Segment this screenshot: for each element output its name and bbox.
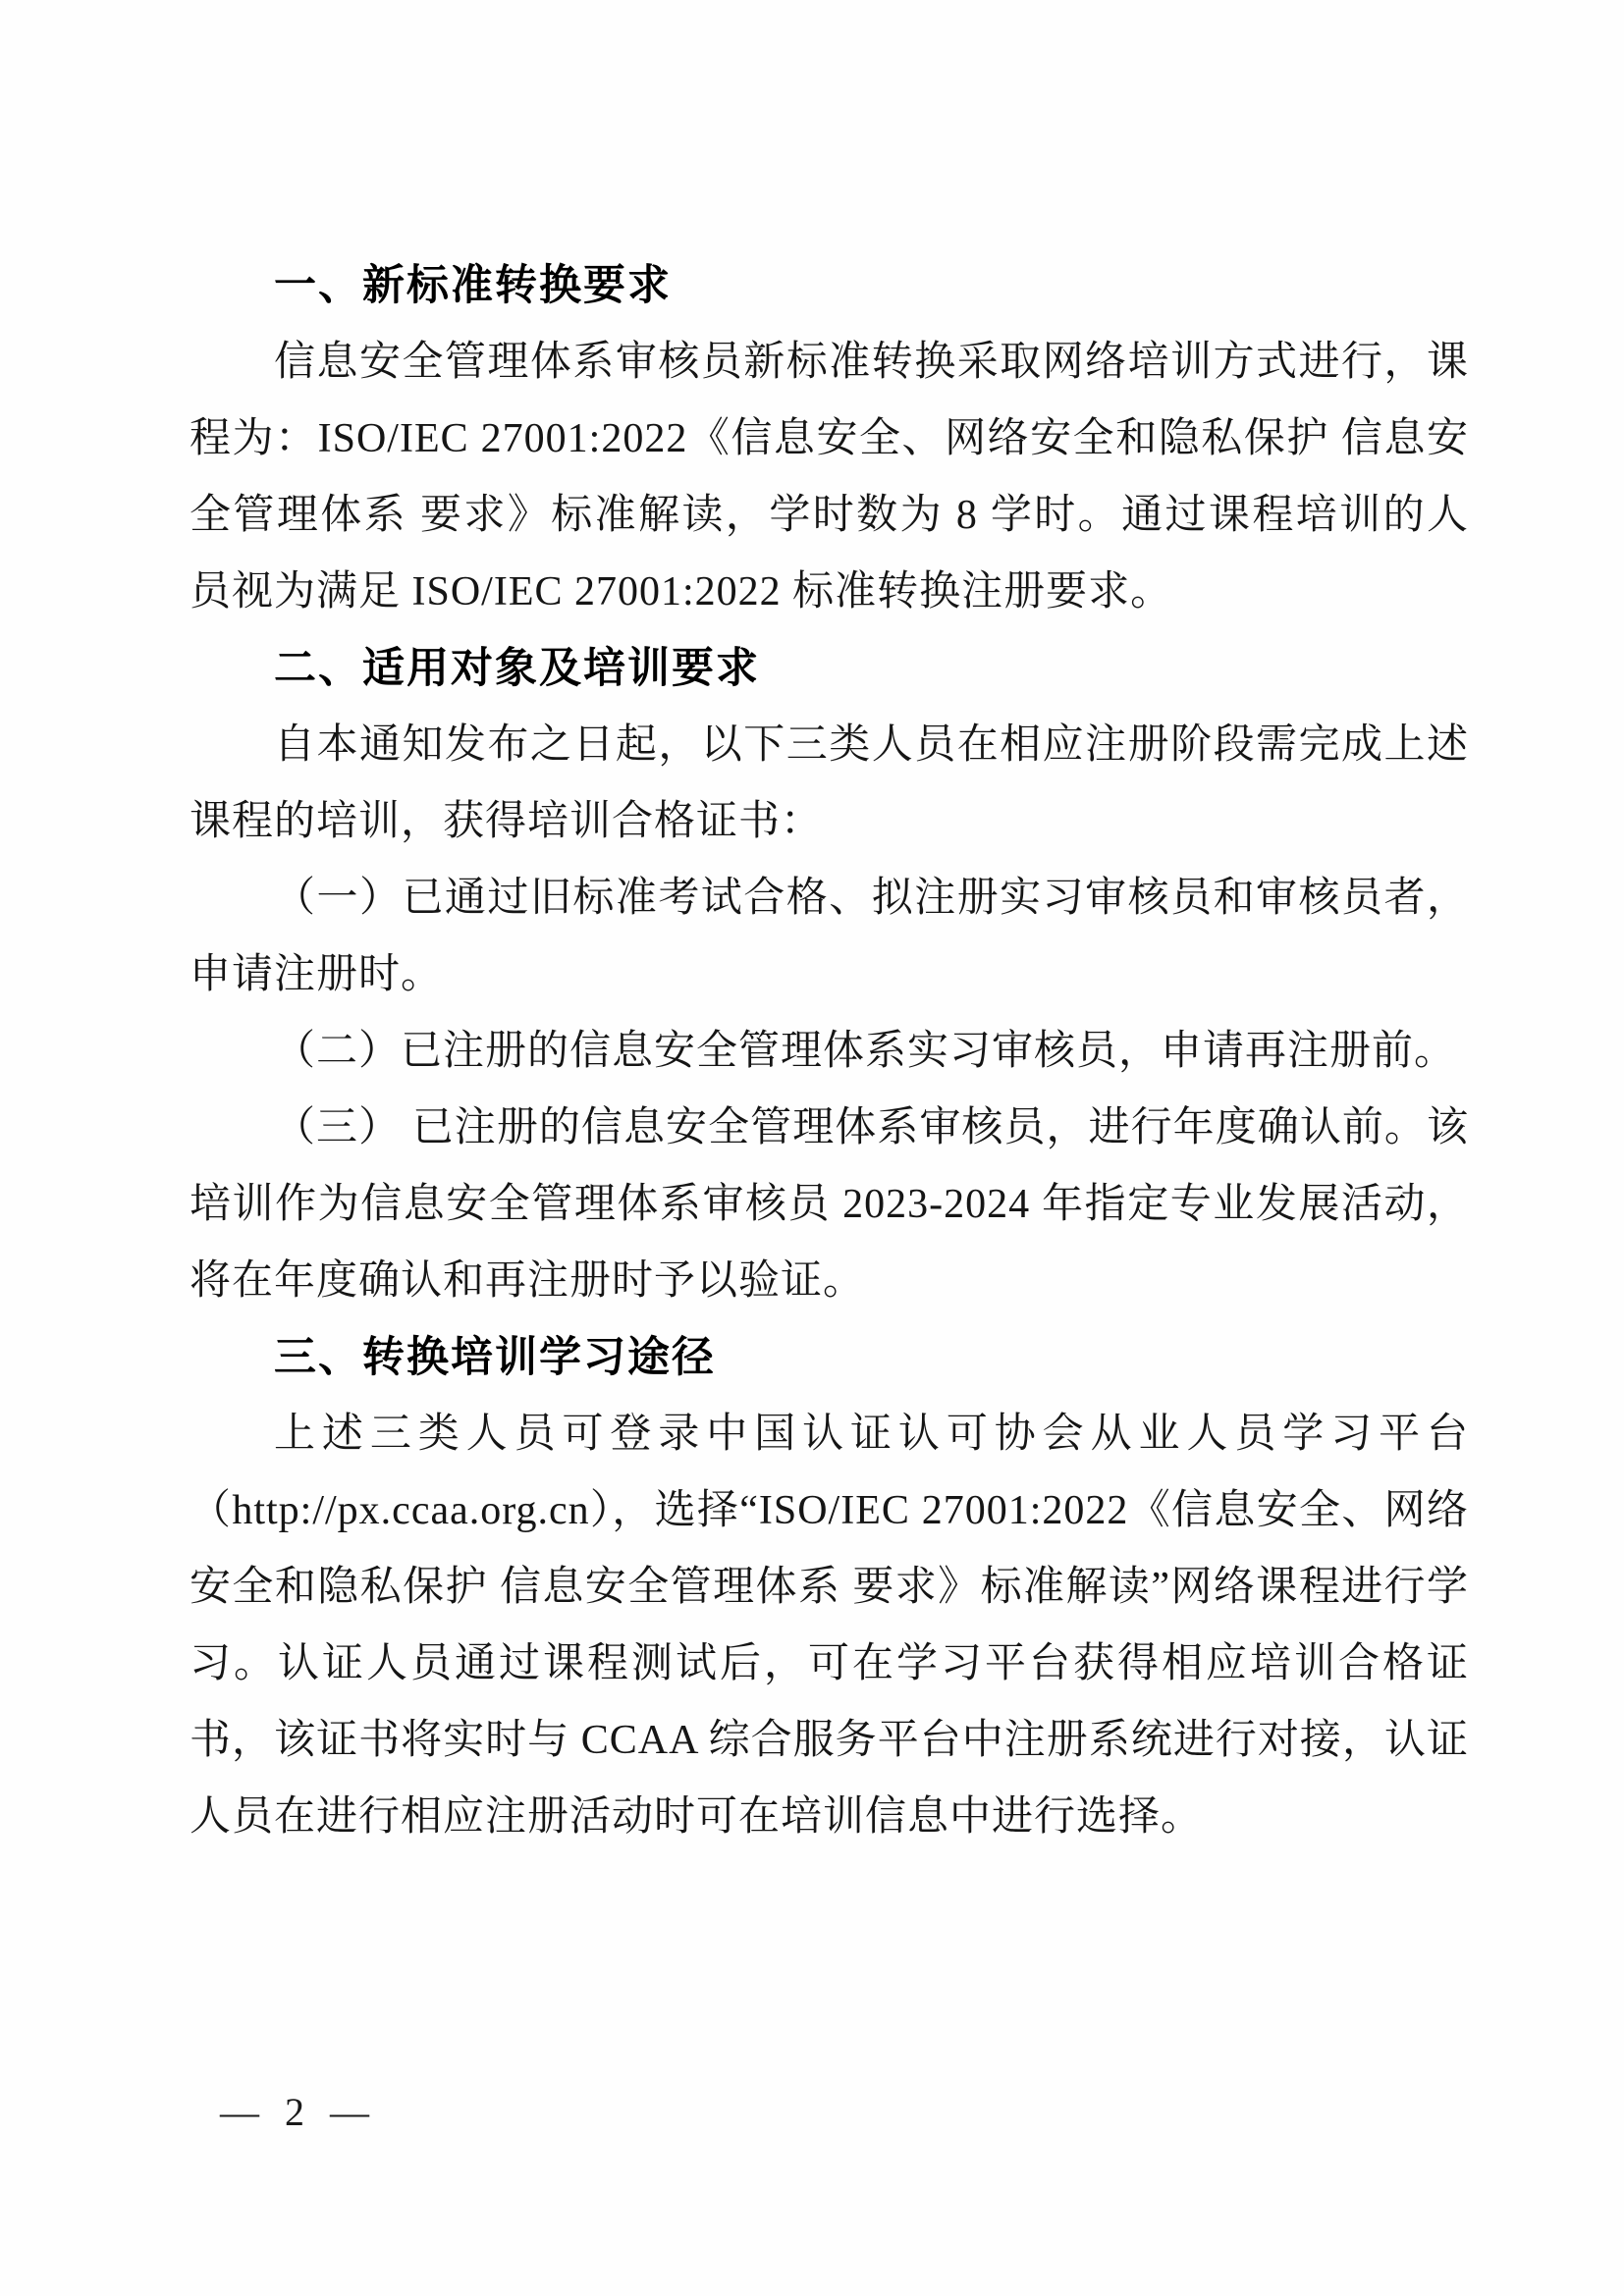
list-item-2: （二）已注册的信息安全管理体系实习审核员，申请再注册前。 — [189, 1013, 1469, 1090]
document-body: 一、新标准转换要求 信息安全管理体系审核员新标准转换采取网络培训方式进行，课程为… — [189, 247, 1469, 1855]
paragraph: 上述三类人员可登录中国认证认可协会从业人员学习平台（http://px.ccaa… — [189, 1396, 1469, 1855]
paragraph: 信息安全管理体系审核员新标准转换采取网络培训方式进行，课程为：ISO/IEC 2… — [189, 324, 1469, 630]
list-item-3: （三） 已注册的信息安全管理体系审核员，进行年度确认前。该培训作为信息安全管理体… — [189, 1090, 1469, 1319]
section-training-learning-path: 三、转换培训学习途径 上述三类人员可登录中国认证认可协会从业人员学习平台（htt… — [189, 1319, 1469, 1855]
list-item-1: （一）已通过旧标准考试合格、拟注册实习审核员和审核员者，申请注册时。 — [189, 860, 1469, 1013]
paragraph: 自本通知发布之日起，以下三类人员在相应注册阶段需完成上述课程的培训，获得培训合格… — [189, 707, 1469, 860]
scanned-notice-page: { "page": { "number": "— 2 —" }, "sectio… — [0, 0, 1624, 2296]
page-number: — 2 — — [220, 2089, 377, 2135]
section-heading-2: 二、适用对象及培训要求 — [189, 630, 1469, 707]
section-applicable-targets: 二、适用对象及培训要求 自本通知发布之日起，以下三类人员在相应注册阶段需完成上述… — [189, 630, 1469, 1319]
section-heading-1: 一、新标准转换要求 — [189, 247, 1469, 324]
section-new-standard-transition: 一、新标准转换要求 信息安全管理体系审核员新标准转换采取网络培训方式进行，课程为… — [189, 247, 1469, 630]
section-heading-3: 三、转换培训学习途径 — [189, 1319, 1469, 1396]
